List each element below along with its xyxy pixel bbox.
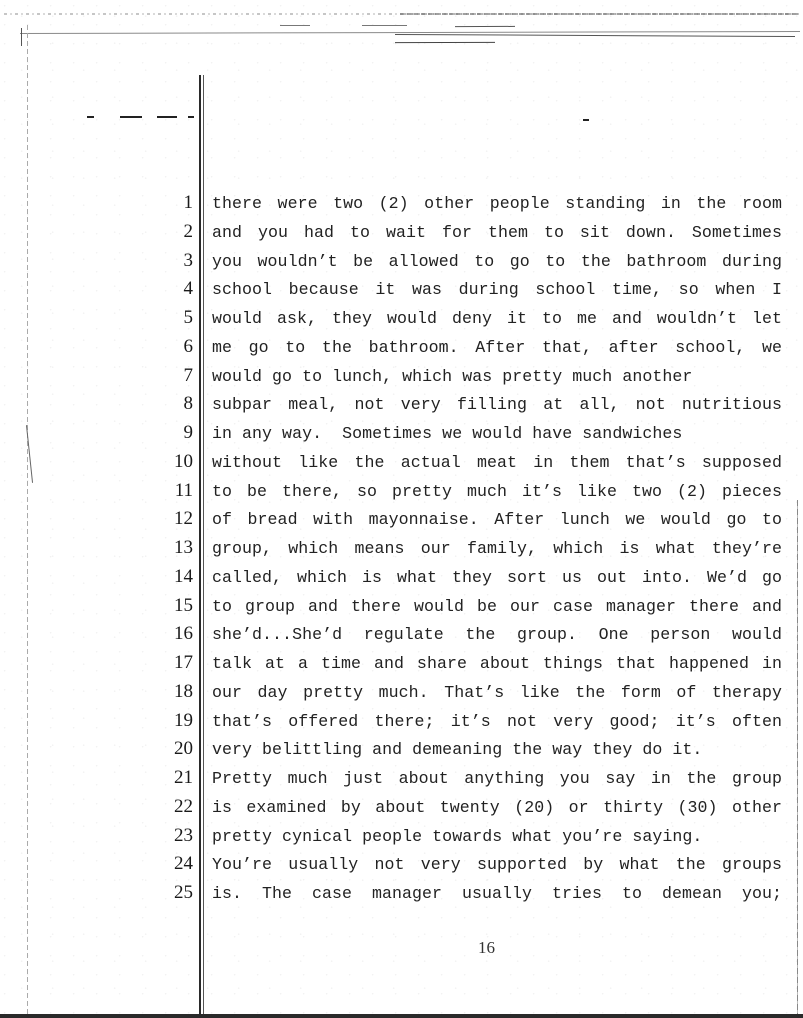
line-text: is examined by about twenty (20) or thir… (212, 795, 782, 821)
page-number: 16 (478, 938, 495, 958)
line-number: 13 (153, 535, 193, 561)
line-text: there were two (2) other people standing… (212, 191, 782, 217)
transcript-line: 4school because it was during school tim… (0, 276, 803, 305)
transcript-line: 5would ask, they would deny it to me and… (0, 305, 803, 334)
line-text: subpar meal, not very filling at all, no… (212, 392, 782, 418)
transcript-line: 11to be there, so pretty much it’s like … (0, 478, 803, 507)
line-number: 23 (153, 823, 193, 849)
line-number: 12 (153, 506, 193, 532)
line-text: our day pretty much. That’s like the for… (212, 680, 782, 706)
transcript-body: 1there were two (2) other people standin… (0, 190, 803, 909)
transcript-line: 14called, which is what they sort us out… (0, 564, 803, 593)
line-text: she’d...She’d regulate the group. One pe… (212, 622, 782, 648)
header-dash (120, 116, 142, 118)
line-text: without like the actual meat in them tha… (212, 450, 782, 476)
header-dash (157, 116, 177, 118)
transcript-line: 24You’re usually not very supported by w… (0, 851, 803, 880)
line-text: would go to lunch, which was pretty much… (212, 364, 782, 390)
scan-streak (400, 13, 798, 15)
line-text: school because it was during school time… (212, 277, 782, 303)
line-text: pretty cynical people towards what you’r… (212, 824, 782, 850)
transcript-line: 6me go to the bathroom. After that, afte… (0, 334, 803, 363)
line-number: 2 (153, 219, 193, 245)
line-number: 19 (153, 708, 193, 734)
line-text: to be there, so pretty much it’s like tw… (212, 479, 782, 505)
transcript-line: 12of bread with mayonnaise. After lunch … (0, 506, 803, 535)
scan-rule (395, 34, 795, 37)
line-number: 20 (153, 736, 193, 762)
transcript-line: 19that’s offered there; it’s not very go… (0, 708, 803, 737)
transcript-line: 25is. The case manager usually tries to … (0, 880, 803, 909)
line-text: very belittling and demeaning the way th… (212, 737, 782, 763)
line-number: 16 (153, 621, 193, 647)
line-number: 15 (153, 593, 193, 619)
transcript-line: 10without like the actual meat in them t… (0, 449, 803, 478)
line-text: You’re usually not very supported by wha… (212, 852, 782, 878)
line-number: 7 (153, 363, 193, 389)
line-number: 8 (153, 391, 193, 417)
line-number: 3 (153, 248, 193, 274)
line-number: 5 (153, 305, 193, 331)
line-number: 1 (153, 190, 193, 216)
left-margin-line (21, 28, 22, 46)
transcript-line: 13group, which means our family, which i… (0, 535, 803, 564)
header-dash (188, 116, 194, 118)
line-number: 10 (153, 449, 193, 475)
scan-rule (395, 42, 495, 43)
line-number: 17 (153, 650, 193, 676)
scan-rule (455, 26, 515, 27)
header-dash (87, 116, 94, 118)
line-number: 4 (153, 276, 193, 302)
transcript-line: 16she’d...She’d regulate the group. One … (0, 621, 803, 650)
transcript-line: 9in any way. Sometimes we would have san… (0, 420, 803, 449)
transcript-line: 22is examined by about twenty (20) or th… (0, 794, 803, 823)
line-text: talk at a time and share about things th… (212, 651, 782, 677)
line-number: 25 (153, 880, 193, 906)
line-text: to group and there would be our case man… (212, 594, 782, 620)
scan-bottom-edge (0, 1014, 803, 1018)
line-number: 22 (153, 794, 193, 820)
line-text: would ask, they would deny it to me and … (212, 306, 782, 332)
transcript-line: 17talk at a time and share about things … (0, 650, 803, 679)
header-dash (583, 119, 589, 121)
scan-rule (280, 25, 310, 26)
line-number: 14 (153, 564, 193, 590)
transcript-line: 18our day pretty much. That’s like the f… (0, 679, 803, 708)
line-text: you wouldn’t be allowed to go to the bat… (212, 249, 782, 275)
line-text: me go to the bathroom. After that, after… (212, 335, 782, 361)
line-text: called, which is what they sort us out i… (212, 565, 782, 591)
transcript-line: 21Pretty much just about anything you sa… (0, 765, 803, 794)
transcript-line: 8subpar meal, not very filling at all, n… (0, 391, 803, 420)
line-number: 24 (153, 851, 193, 877)
transcript-line: 15to group and there would be our case m… (0, 593, 803, 622)
transcript-line: 2and you had to wait for them to sit dow… (0, 219, 803, 248)
transcript-line: 7would go to lunch, which was pretty muc… (0, 363, 803, 392)
line-text: of bread with mayonnaise. After lunch we… (212, 507, 782, 533)
scan-rule (362, 25, 407, 26)
line-text: and you had to wait for them to sit down… (212, 220, 782, 246)
line-number: 21 (153, 765, 193, 791)
line-text: is. The case manager usually tries to de… (212, 881, 782, 907)
transcript-line: 23pretty cynical people towards what you… (0, 823, 803, 852)
transcript-line: 3you wouldn’t be allowed to go to the ba… (0, 248, 803, 277)
line-number: 11 (153, 478, 193, 504)
transcript-line: 1there were two (2) other people standin… (0, 190, 803, 219)
line-text: in any way. Sometimes we would have sand… (212, 421, 782, 447)
line-number: 6 (153, 334, 193, 360)
line-number: 18 (153, 679, 193, 705)
line-text: that’s offered there; it’s not very good… (212, 709, 782, 735)
line-number: 9 (153, 420, 193, 446)
line-text: group, which means our family, which is … (212, 536, 782, 562)
transcript-line: 20very belittling and demeaning the way … (0, 736, 803, 765)
line-text: Pretty much just about anything you say … (212, 766, 782, 792)
